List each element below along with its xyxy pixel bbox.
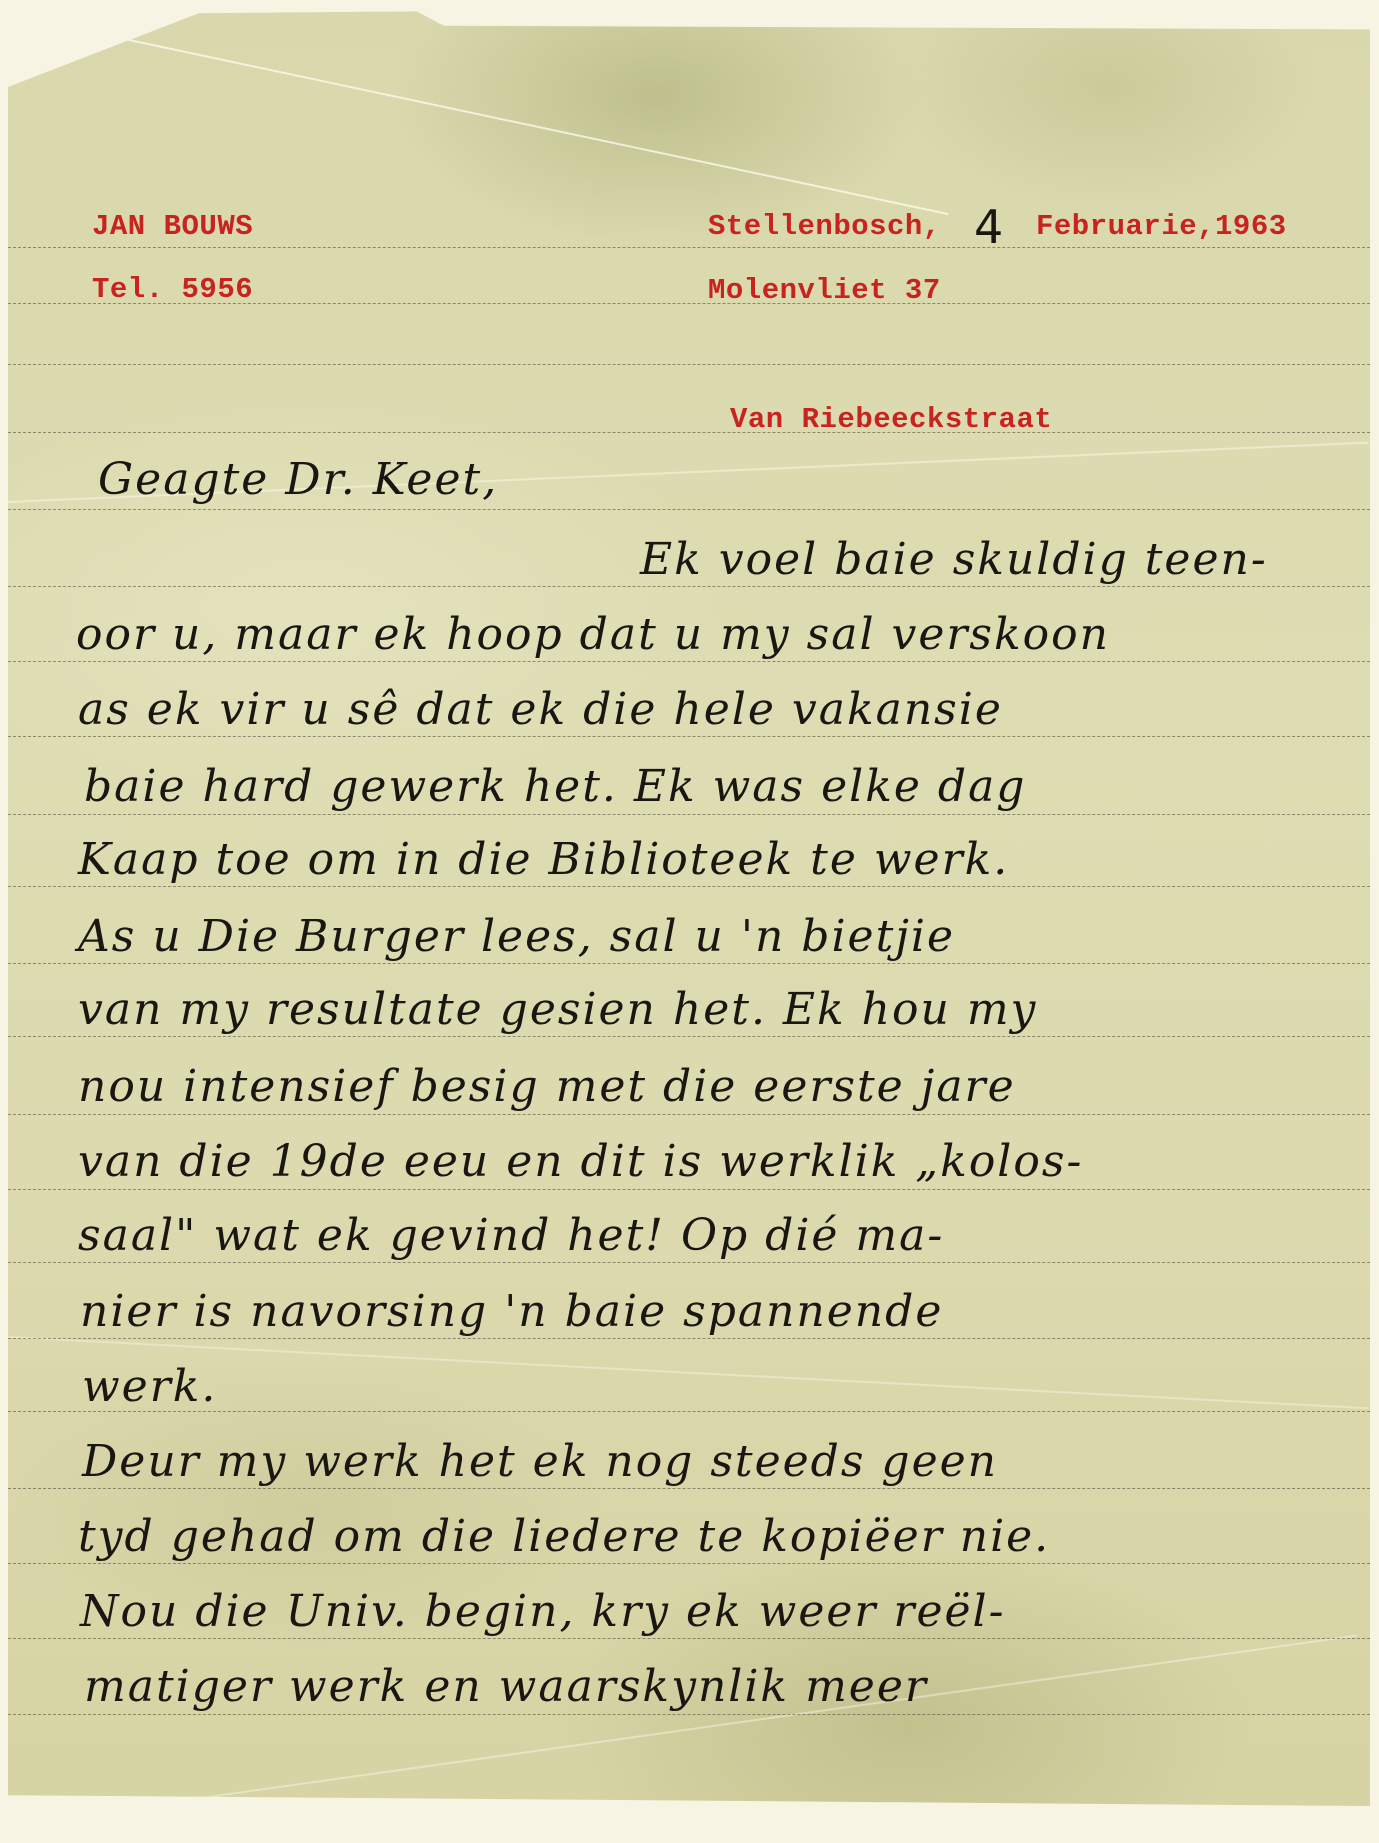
body-line: Kaap toe om in die Biblioteek te werk. — [78, 834, 1009, 885]
body-line: tyd gehad om die liedere te kopiëer nie. — [78, 1511, 1050, 1562]
date-month-year: Februarie,1963 — [1036, 210, 1287, 243]
ruled-line — [8, 1036, 1370, 1037]
body-line: Deur my werk het ek nog steeds geen — [82, 1436, 998, 1487]
body-line: As u Die Burger lees, sal u 'n bietjie — [78, 911, 955, 962]
handwritten-day: 4 — [974, 200, 1003, 254]
body-line: van my resultate gesien het. Ek hou my — [78, 984, 1037, 1035]
body-line: nou intensief besig met die eerste jare — [78, 1061, 1016, 1112]
ruled-line — [8, 1488, 1370, 1489]
ruled-line — [8, 364, 1370, 365]
place: Stellenbosch, — [708, 210, 941, 243]
ruled-line — [8, 661, 1370, 662]
ruled-line — [8, 1714, 1370, 1715]
sender-phone: Tel. 5956 — [92, 273, 253, 306]
body-line: van die 19de eeu en dit is werklik „kolo… — [78, 1136, 1083, 1187]
ruled-line — [8, 1638, 1370, 1639]
ruled-line — [8, 963, 1370, 964]
body-line: as ek vir u sê dat ek die hele vakansie — [78, 684, 1003, 735]
ruled-line — [8, 736, 1370, 737]
paper-crease — [208, 1635, 1357, 1798]
address-line-1: Molenvliet 37 — [708, 274, 941, 307]
sender-name: JAN BOUWS — [92, 210, 253, 243]
body-line: werk. — [82, 1361, 217, 1412]
ruled-line — [8, 1563, 1370, 1564]
letter-paper: JAN BOUWS Tel. 5956 Stellenbosch, 4 Febr… — [8, 6, 1370, 1806]
address-line-2: Van Riebeeckstraat — [730, 403, 1052, 436]
body-line: saal" wat ek gevind het! Op dié ma- — [78, 1210, 944, 1261]
body-line: oor u, maar ek hoop dat u my sal verskoo… — [76, 609, 1110, 660]
body-line: baie hard gewerk het. Ek was elke dag — [84, 761, 1026, 812]
ruled-line — [8, 432, 1370, 433]
ruled-line — [8, 1262, 1370, 1263]
ruled-line — [8, 886, 1370, 887]
body-line: matiger werk en waarskynlik meer — [84, 1661, 928, 1712]
body-line: Nou die Univ. begin, kry ek weer reël- — [80, 1586, 1005, 1637]
ruled-line — [8, 247, 1370, 248]
body-line: nier is navorsing 'n baie spannende — [80, 1286, 943, 1337]
paper-crease — [68, 26, 949, 215]
ruled-line — [8, 509, 1370, 510]
ruled-line — [8, 814, 1370, 815]
ruled-line — [8, 1114, 1370, 1115]
ruled-line — [8, 586, 1370, 587]
body-line: Ek voel baie skuldig teen- — [640, 534, 1268, 585]
ruled-line — [8, 1189, 1370, 1190]
salutation: Geagte Dr. Keet, — [98, 454, 498, 505]
ruled-line — [8, 1338, 1370, 1339]
